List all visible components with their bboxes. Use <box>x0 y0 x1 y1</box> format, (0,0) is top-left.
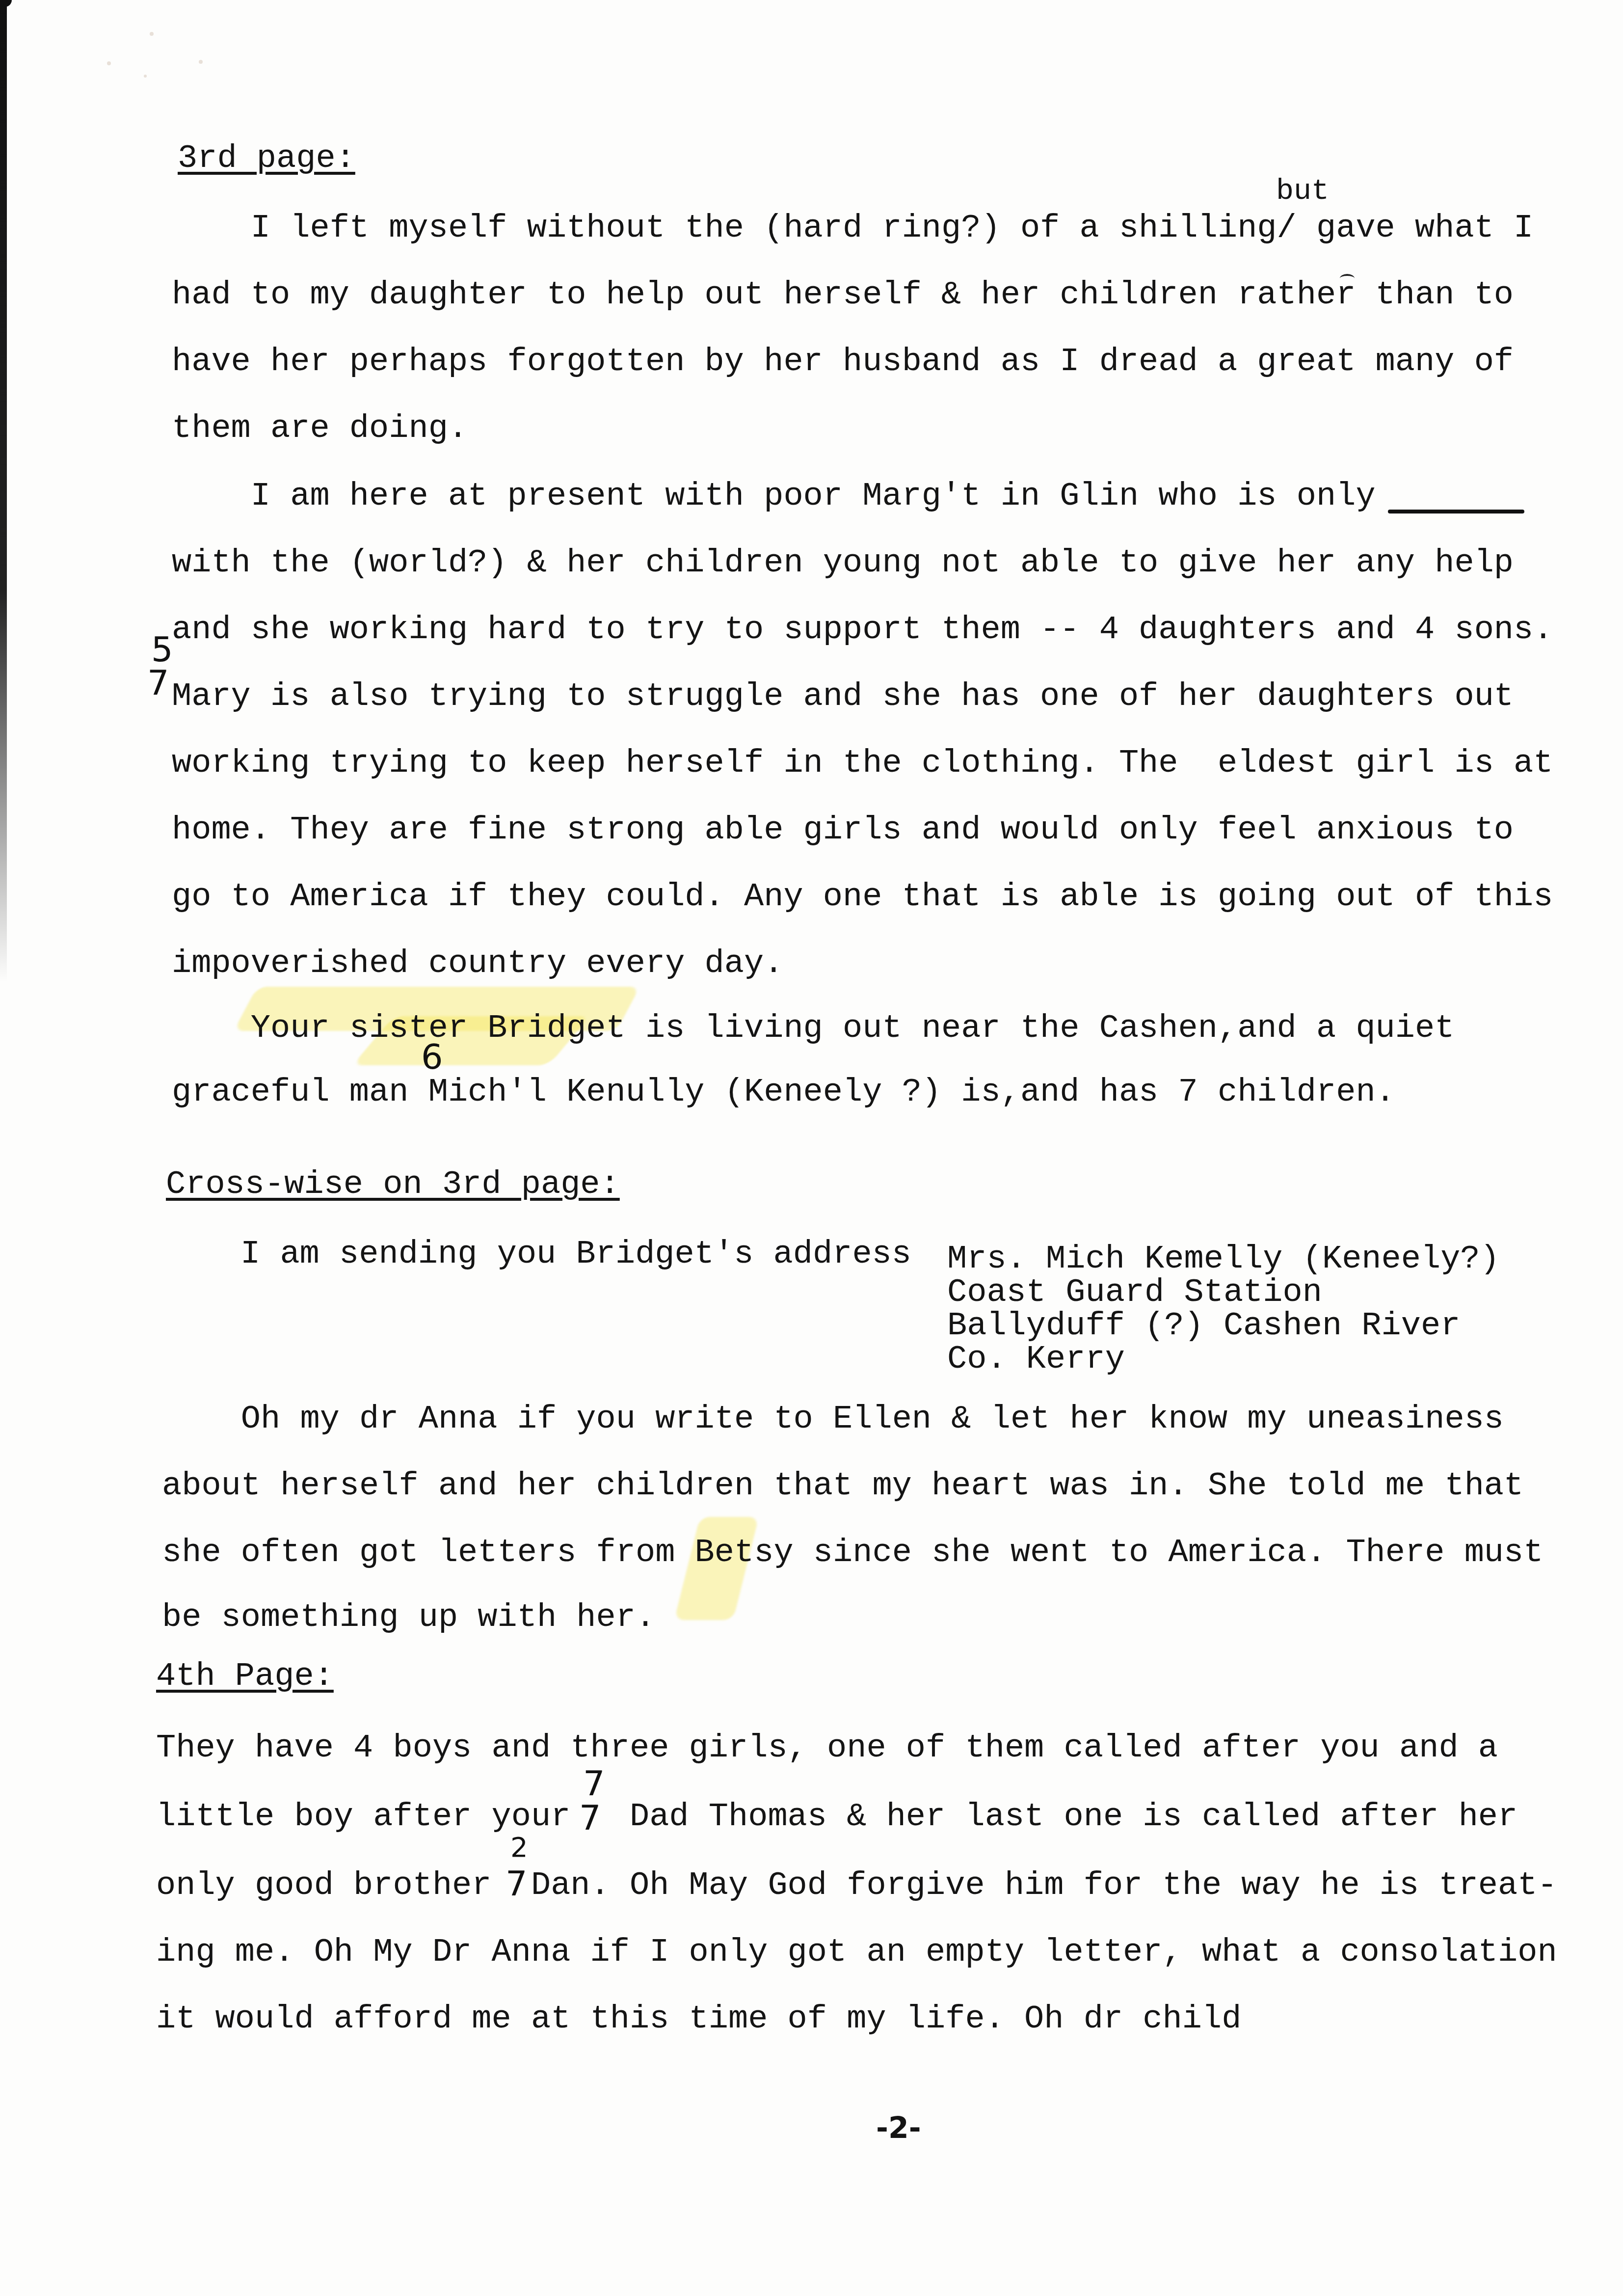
address-line: Mrs. Mich Kemelly (Keneely?) <box>947 1243 1500 1276</box>
annotation-mary-mark: 7 <box>147 666 169 700</box>
heading-3rd-page: 3rd page: <box>178 142 355 175</box>
heading-crosswise: Cross-wise on 3rd page: <box>166 1168 620 1201</box>
text-line: have her perhaps forgotten by her husban… <box>172 346 1514 378</box>
text-line: Mary is also trying to struggle and she … <box>172 680 1514 713</box>
heading-4th-page: 4th Page: <box>156 1660 334 1693</box>
text-line: she often got letters from Betsy since s… <box>162 1537 1543 1569</box>
text-line: working trying to keep herself in the cl… <box>172 747 1553 780</box>
text-line: ing me. Oh My Dr Anna if I only got an e… <box>156 1936 1557 1969</box>
annotation-dad-above: 7 <box>583 1766 605 1801</box>
scan-edge-shadow-top <box>0 0 12 7</box>
text-line: They have 4 boys and three girls, one of… <box>156 1732 1498 1765</box>
text-line: them are doing. <box>172 412 468 445</box>
text-line: home. They are fine strong able girls an… <box>172 814 1514 847</box>
scan-edge-shadow <box>0 0 7 982</box>
text-line: be something up with her. <box>162 1601 655 1634</box>
address-line: Ballyduff (?) Cashen River <box>947 1310 1460 1343</box>
text-line: Your sister Bridget is living out near t… <box>172 1012 1454 1045</box>
text-line: go to America if they could. Any one tha… <box>172 881 1553 914</box>
text-line: it would afford me at this time of my li… <box>156 2003 1241 2036</box>
text-line: I left myself without the (hard ring?) o… <box>172 212 1533 245</box>
text-line: impoverished country every day. <box>172 947 783 980</box>
text-line: graceful man Mich'l Kenully (Keneely ?) … <box>172 1076 1395 1109</box>
text-line: little boy after your Dad Thomas & her l… <box>156 1801 1517 1834</box>
document-page: 3rd page: but I left myself without the … <box>0 0 1623 2296</box>
page-number: -2- <box>876 2111 921 2145</box>
annotation-dan-above: 2 <box>510 1834 528 1862</box>
text-line: only good brother Dan. Oh May God forgiv… <box>156 1869 1557 1902</box>
blank-underline <box>1388 510 1524 513</box>
text-line: I am here at present with poor Marg't in… <box>172 480 1376 513</box>
text-line: had to my daughter to help out herself &… <box>172 279 1514 312</box>
address-line: Coast Guard Station <box>947 1276 1322 1309</box>
text-line: Oh my dr Anna if you write to Ellen & le… <box>162 1403 1504 1436</box>
text-line: about herself and her children that my h… <box>162 1470 1523 1503</box>
annotation-mary-above: 5 <box>151 632 173 667</box>
annotation-michl-above: 6 <box>421 1040 443 1074</box>
address-intro: I am sending you Bridget's address <box>240 1238 911 1271</box>
address-line: Co. Kerry <box>947 1343 1125 1376</box>
insertion-but: but <box>1276 177 1329 206</box>
text-line: and she working hard to try to support t… <box>172 614 1553 647</box>
text-line: with the (world?) & her children young n… <box>172 547 1514 580</box>
